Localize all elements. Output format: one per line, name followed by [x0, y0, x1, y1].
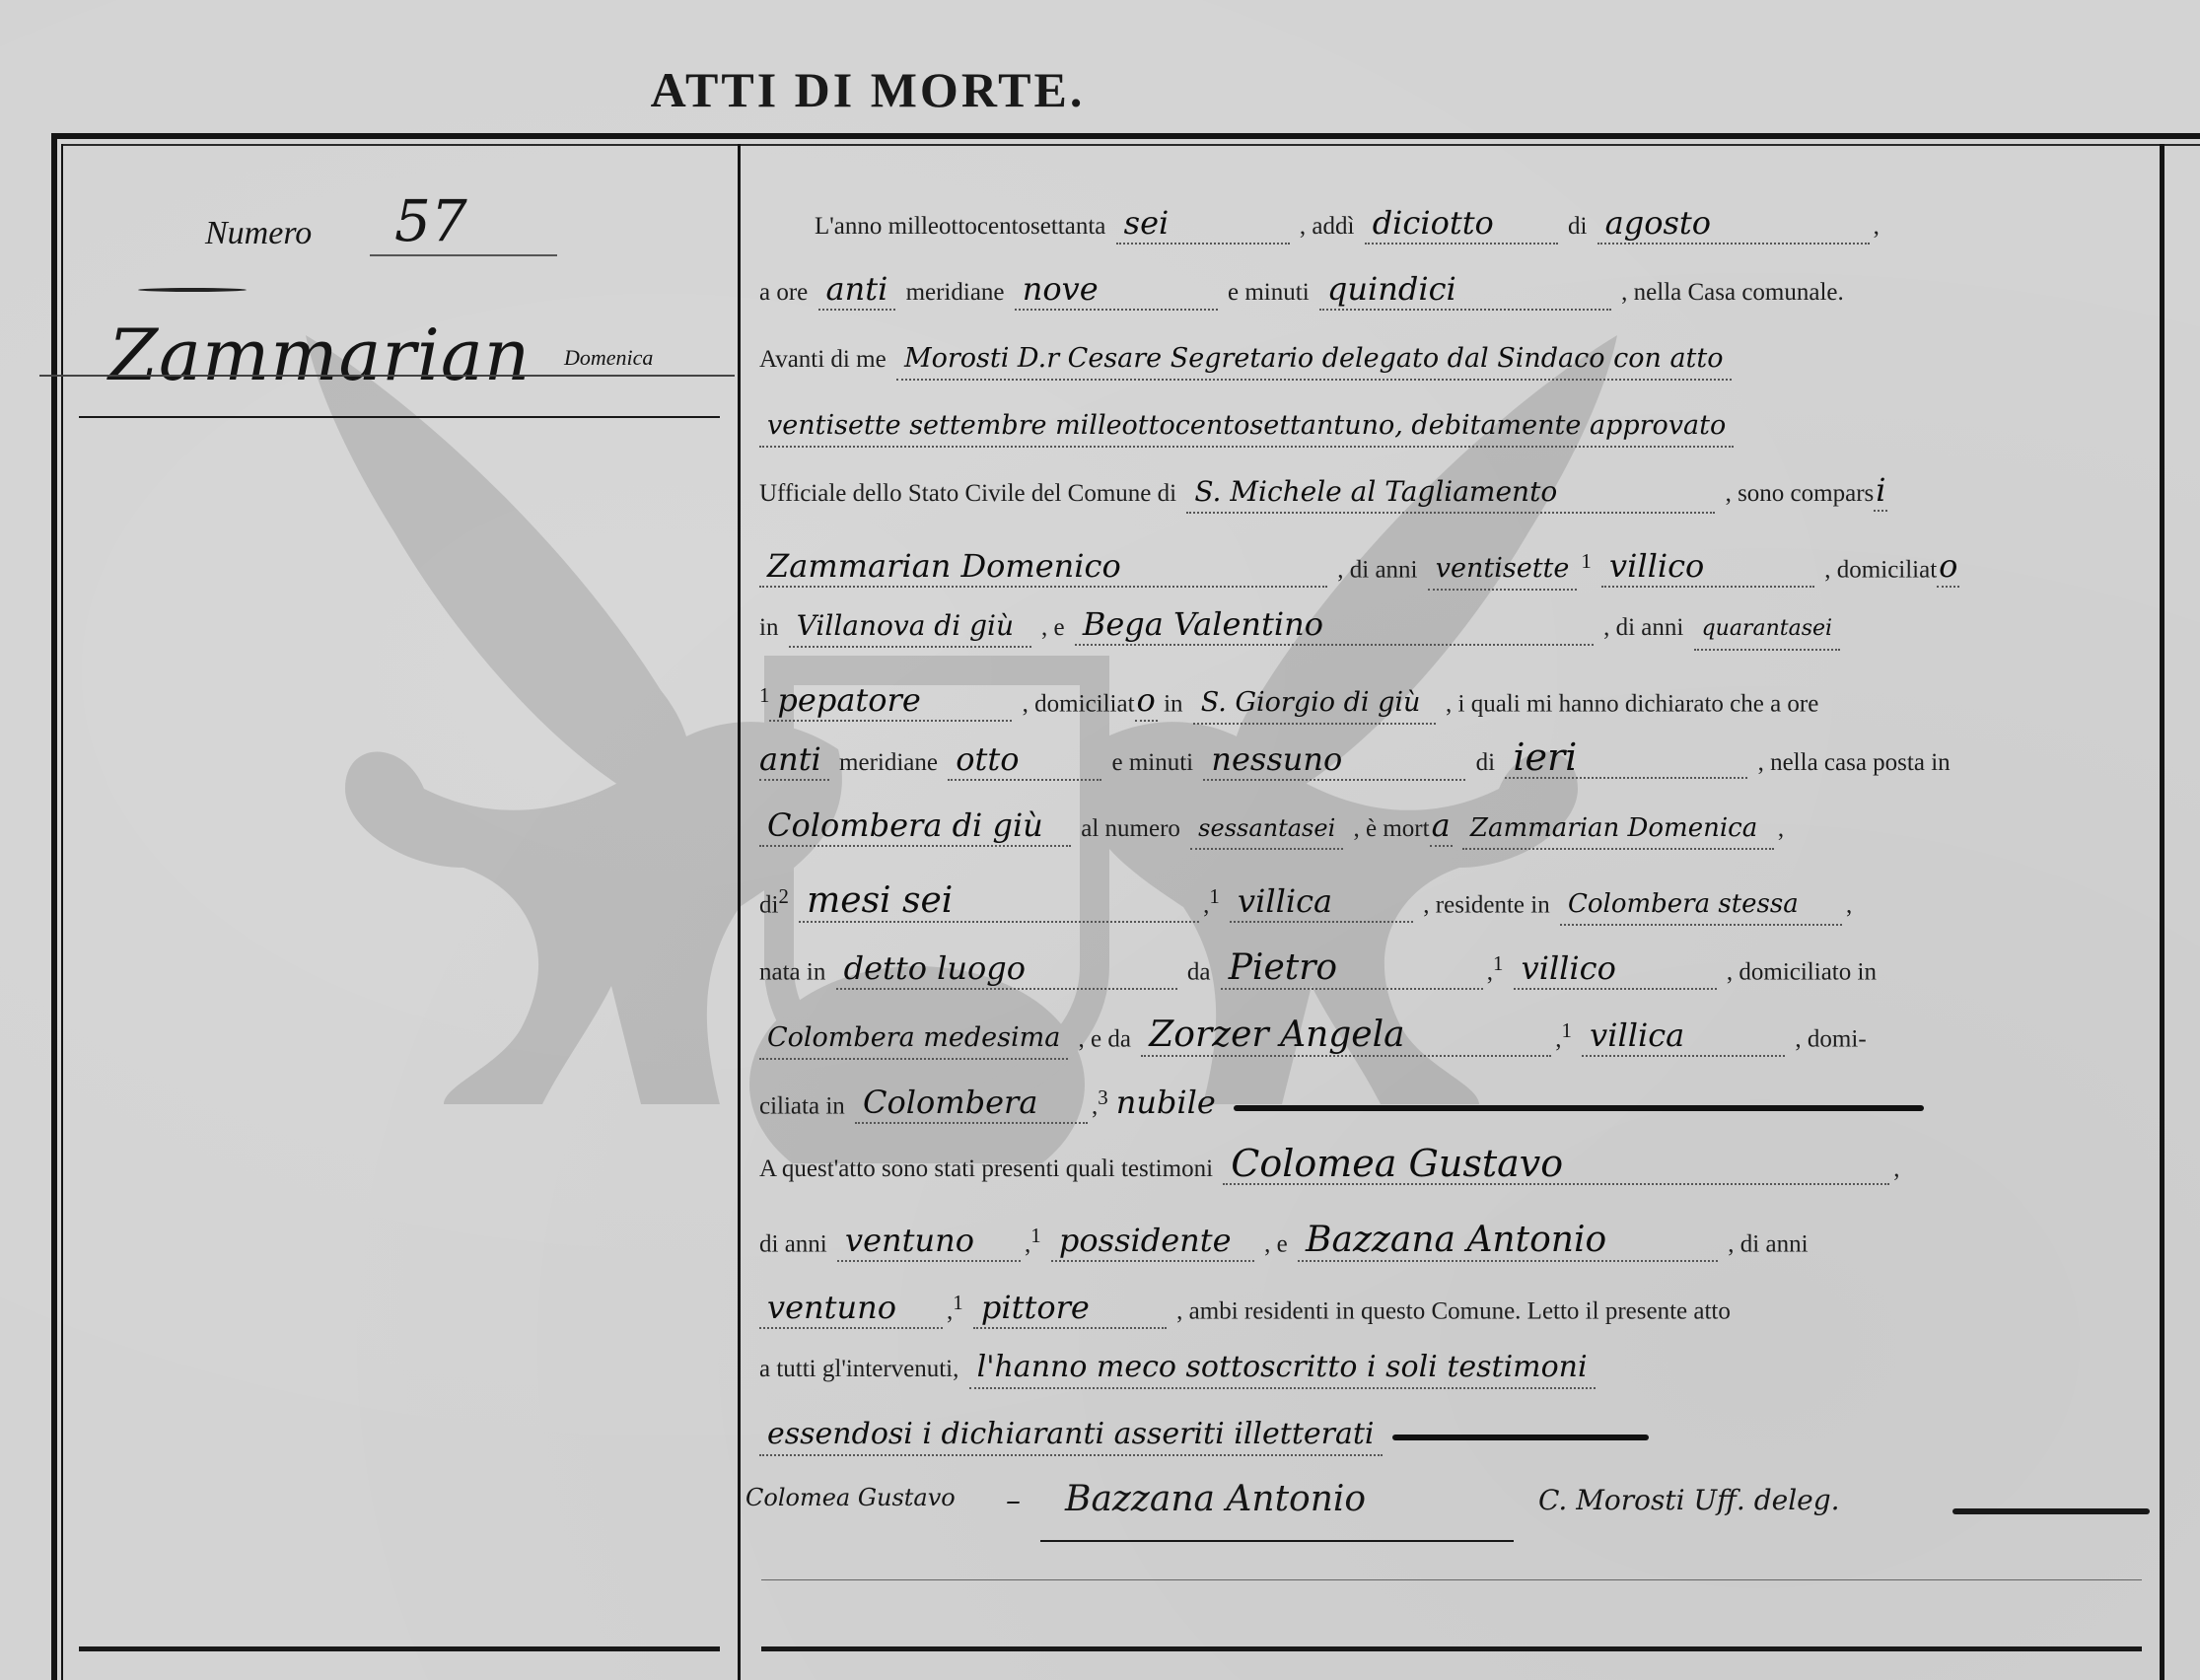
footnote-mark: 1 — [1493, 951, 1503, 975]
death-meridiane-label: meridiane — [839, 749, 938, 776]
declarant2-place: S. Giorgio di giù — [1193, 683, 1436, 725]
row-declarant2: in Villanova di giù , e Bega Valentino ,… — [759, 603, 2140, 653]
column-divider — [738, 144, 741, 1680]
row-deceased-age: di2 mesi sei,1 villica , residente in Co… — [759, 872, 2140, 921]
declarant1-job: villico — [1601, 546, 1814, 588]
row-witness2: ventuno,1 pittore , ambi residenti in qu… — [759, 1278, 2140, 1327]
and-label: , e — [1041, 614, 1065, 641]
died-suffix: a — [1430, 805, 1453, 847]
minutes-value: quindici — [1319, 269, 1611, 311]
mother-domicile-label: , domi- — [1795, 1025, 1866, 1052]
signature-flourish — [1040, 1540, 1514, 1542]
footnote-mark: 2 — [778, 884, 788, 908]
row-reading: a tutti gl'intervenuti, l'hanno meco sot… — [759, 1345, 2140, 1394]
declarant2-age-label: , di anni — [1603, 614, 1683, 641]
witness1-age: ventuno — [837, 1221, 1021, 1262]
declarant2-domicile-label: , domiciliat — [1023, 690, 1135, 717]
deceased-job: villica — [1230, 881, 1413, 923]
month-label: di — [1568, 213, 1587, 240]
declarant2-job: pepatore — [769, 680, 1012, 722]
hour-value: nove — [1015, 269, 1218, 311]
appeared-label: , sono compars — [1726, 480, 1875, 507]
died-label: , è mort — [1354, 815, 1430, 842]
declarant2-domicile-suffix: o — [1135, 680, 1158, 722]
numero-label: Numero — [205, 215, 312, 252]
marital-status: nubile — [1108, 1083, 1224, 1122]
row-illiterate: essendosi i dichiaranti asseriti illette… — [759, 1412, 2140, 1461]
house-number: sessantasei — [1190, 808, 1343, 850]
hour-period: anti — [818, 269, 896, 311]
comune-value: S. Michele al Tagliamento — [1186, 472, 1715, 514]
footnote-mark: 1 — [1209, 884, 1219, 908]
signed-text: l'hanno meco sottoscritto i soli testimo… — [969, 1348, 1596, 1389]
officer-label: Ufficiale dello Stato Civile del Comune … — [759, 480, 1176, 507]
appeared-suffix: i — [1874, 470, 1887, 512]
footnote-mark: 1 — [1562, 1018, 1572, 1042]
frame-top-rule — [51, 133, 2200, 139]
witness1-name: Colomea Gustavo — [1223, 1144, 1889, 1185]
mother-job: villica — [1582, 1015, 1785, 1057]
right-bottom-rule — [761, 1646, 2142, 1651]
deceased-age: mesi sei — [799, 881, 1199, 923]
declarant1-age: ventisette — [1428, 549, 1578, 591]
row-officer: Avanti di me Morosti D.r Cesare Segretar… — [759, 335, 2140, 385]
death-hour: otto — [948, 739, 1101, 781]
father-label: da — [1187, 958, 1211, 985]
signature-officer: C. Morosti Uff. deleg. — [1538, 1484, 1840, 1516]
record-number: 57 — [394, 187, 467, 254]
witness2-name: Bazzana Antonio — [1298, 1221, 1718, 1262]
resident-label: , residente in — [1423, 891, 1549, 918]
father-place: Colombera medesima — [759, 1018, 1068, 1060]
row-delegation: ventisette settembre milleottocentosetta… — [759, 402, 2140, 452]
witness2-job: pittore — [973, 1288, 1167, 1329]
declarant1-domicile-label: , domiciliat — [1824, 556, 1937, 583]
read-label: a tutti gl'intervenuti, — [759, 1356, 958, 1382]
declarant1-age-label: , di anni — [1337, 556, 1417, 583]
declared-label: , i quali mi hanno dichiarato che a ore — [1446, 690, 1818, 717]
mother-domicile-label-2: ciliata in — [759, 1092, 845, 1119]
death-day: ieri — [1505, 737, 1747, 779]
house-label: , nella casa posta in — [1758, 749, 1951, 776]
declarant1-name: Zammarian Domenico — [759, 546, 1327, 588]
day-label: , addì — [1300, 213, 1355, 240]
row-declarant2-domicile: 1pepatore , domiciliato in S. Giorgio di… — [759, 670, 2140, 720]
signature-terminator-rule — [1952, 1508, 2150, 1514]
declarant2-age: quarantasei — [1694, 609, 1840, 651]
illiterate-text: essendosi i dichiaranti asseriti illette… — [759, 1415, 1383, 1456]
margin-separator-rule — [79, 416, 720, 418]
month-value: agosto — [1597, 203, 1870, 245]
left-bottom-rule — [79, 1646, 720, 1651]
death-day-label: di — [1476, 749, 1495, 776]
witness2-age-label: , di anni — [1728, 1230, 1808, 1257]
witness2-age: ventuno — [759, 1288, 943, 1329]
row-year: L'anno milleottocentosettanta sei , addì… — [759, 202, 2195, 251]
blank-ruled-line — [761, 1579, 2142, 1580]
born-label: nata in — [759, 958, 825, 985]
year-value: sei — [1116, 203, 1290, 245]
in-label: in — [759, 614, 778, 641]
minutes-label: e minuti — [1228, 279, 1310, 306]
declarant2-name: Bega Valentino — [1075, 604, 1594, 646]
year-label: L'anno milleottocentosettanta — [815, 213, 1105, 240]
document-page: ATTI DI MORTE. Numero 57 Zammarian Domen… — [0, 0, 2200, 1680]
footnote-mark: 1 — [1581, 549, 1591, 573]
line-terminator-rule — [1234, 1105, 1924, 1111]
signature-witness1: Colomea Gustavo — [745, 1484, 956, 1511]
age-label: di — [759, 891, 778, 918]
hour-label: a ore — [759, 279, 808, 306]
declarant1-domicile-suffix: o — [1937, 546, 1959, 588]
declarant2-in-label: in — [1164, 690, 1182, 717]
deceased-name: Zammarian Domenica — [1462, 808, 1774, 850]
witness-and-label: , e — [1264, 1230, 1288, 1257]
row-born: nata in detto luogo da Pietro,1 villico … — [759, 939, 2140, 988]
place-label: , nella Casa comunale. — [1621, 279, 1844, 306]
row-house: Colombera di giù al numero sessantasei ,… — [759, 805, 2140, 854]
mother-place: Colombera — [855, 1083, 1088, 1124]
signature-dash: – — [1006, 1484, 1021, 1518]
father-domicile-label: , domiciliato in — [1727, 958, 1877, 985]
deceased-surname-margin: Zammarian — [108, 314, 531, 396]
before-label: Avanti di me — [759, 346, 887, 373]
number-label: al numero — [1081, 815, 1180, 842]
footnote-mark: 3 — [1098, 1085, 1107, 1109]
row-witness-details: di anni ventuno,1 possidente , e Bazzana… — [759, 1211, 2140, 1260]
resident-place: Colombera stessa — [1560, 884, 1842, 926]
frame-top-rule-thin — [61, 144, 2200, 146]
row-comune: Ufficiale dello Stato Civile del Comune … — [759, 469, 2140, 519]
deceased-forename-margin: Domenica — [564, 345, 653, 371]
delegation-text: ventisette settembre milleottocentosetta… — [759, 406, 1734, 448]
father-job: villico — [1514, 948, 1717, 990]
declarant1-place: Villanova di giù — [789, 606, 1031, 648]
born-place: detto luogo — [836, 948, 1177, 990]
flourish-divider — [138, 288, 247, 292]
mother-name: Zorzer Angela — [1141, 1015, 1551, 1057]
death-minutes-label: e minuti — [1111, 749, 1193, 776]
house-place: Colombera di giù — [759, 805, 1071, 847]
residents-label: , ambi residenti in questo Comune. Letto… — [1176, 1297, 1731, 1324]
witness1-job: possidente — [1051, 1221, 1254, 1262]
frame-left-rule — [51, 133, 57, 1680]
death-period: anti — [759, 739, 829, 781]
footnote-mark: 1 — [759, 683, 769, 707]
row-witnesses: A quest'atto sono stati presenti quali t… — [759, 1144, 2140, 1193]
numero-underline — [370, 254, 557, 256]
row-hour: a ore anti meridiane nove e minuti quind… — [759, 268, 2140, 317]
line-terminator-rule — [1392, 1435, 1649, 1440]
mother-label: , e da — [1079, 1025, 1131, 1052]
footnote-mark: 1 — [1030, 1224, 1040, 1247]
row-declarant1: Zammarian Domenico , di anni ventisette1… — [759, 536, 2140, 586]
witness1-age-label: di anni — [759, 1230, 827, 1257]
margin-underline — [39, 375, 735, 377]
officer-name: Morosti D.r Cesare Segretario delegato d… — [896, 339, 1732, 381]
row-mother: Colombera medesima , e da Zorzer Angela,… — [759, 1006, 2140, 1055]
day-value: diciotto — [1365, 203, 1558, 245]
row-mother-domicile: ciliata in Colombera,3nubile — [759, 1073, 2140, 1122]
footnote-mark: 1 — [953, 1291, 962, 1314]
witness-label: A quest'atto sono stati presenti quali t… — [759, 1155, 1213, 1182]
death-minutes: nessuno — [1203, 739, 1465, 781]
father-name: Pietro — [1221, 948, 1483, 990]
page-title: ATTI DI MORTE. — [0, 61, 1736, 118]
frame-right-rule — [2160, 144, 2165, 1680]
meridiane-label: meridiane — [906, 279, 1005, 306]
signature-witness2: Bazzana Antonio — [1065, 1479, 1366, 1519]
row-death-time: anti meridiane otto e minuti nessuno di … — [759, 737, 2140, 787]
